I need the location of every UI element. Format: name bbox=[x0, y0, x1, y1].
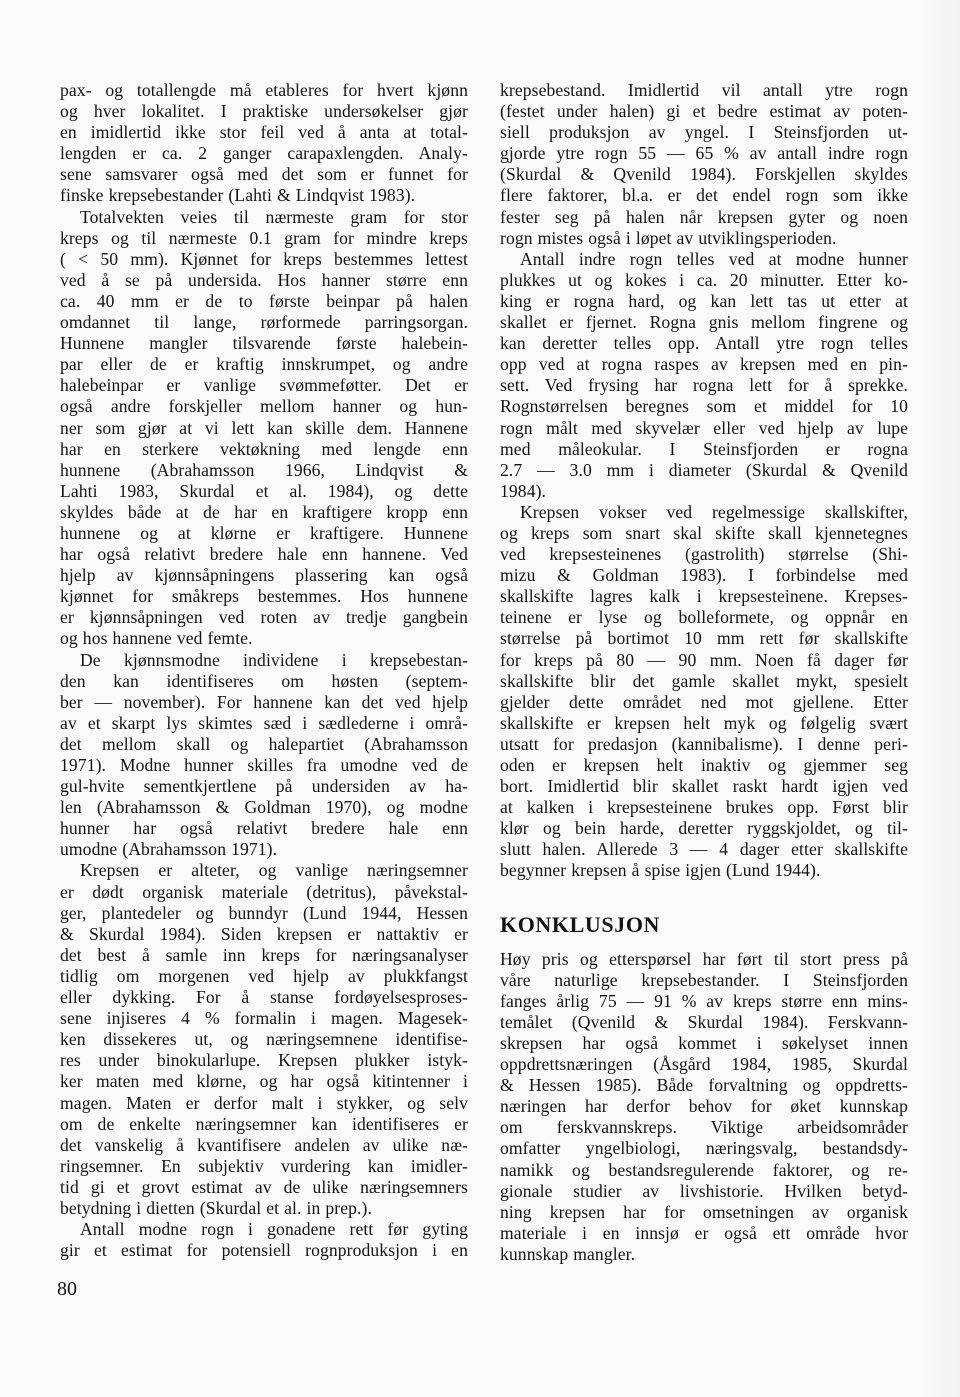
paragraph: Antall modne rogn i gonadene rett før gy… bbox=[60, 1219, 468, 1261]
text-line: av et skarpt lys skimtes sæd i sædledern… bbox=[60, 713, 468, 734]
text-line: utsatt for predasjon (kannibalisme). I d… bbox=[500, 734, 908, 755]
text-line: & Skurdal 1984). Siden krepsen er nattak… bbox=[60, 924, 468, 945]
text-line: fanges årlig 75 — 91 % av kreps større e… bbox=[500, 991, 908, 1012]
text-line: Rognstørrelsen beregnes som et middel fo… bbox=[500, 396, 908, 417]
page-number: 80 bbox=[57, 1278, 77, 1300]
text-line: skallskifte blir det gamle skallet mykt,… bbox=[500, 671, 908, 692]
text-line: er dødt organisk materiale (detritus), p… bbox=[60, 882, 468, 903]
text-line: det mellom skall og halepartiet (Abraham… bbox=[60, 734, 468, 755]
text-line: lengden er ca. 2 ganger carapaxlengden. … bbox=[60, 143, 468, 164]
text-line: opp ved at rogna raspes av krepsen med e… bbox=[500, 354, 908, 375]
text-line: finske krepsebestander (Lahti & Lindqvis… bbox=[60, 185, 468, 206]
text-line: er kjønnsåpningen ved roten av tredje ga… bbox=[60, 607, 468, 628]
text-line: ner som gjør at vi lett kan skille dem. … bbox=[60, 418, 468, 439]
text-line: kjønnet for småkreps bestemmes. Hos hunn… bbox=[60, 586, 468, 607]
text-line: tidlig om morgenen ved hjelp av plukkfan… bbox=[60, 966, 468, 987]
text-line: rogn målt med skyvelær eller ved hjelp a… bbox=[500, 418, 908, 439]
text-line: kan deretter telles opp. Antall ytre rog… bbox=[500, 333, 908, 354]
text-line: ca. 40 mm er de to første beinpar på hal… bbox=[60, 291, 468, 312]
text-line: De kjønnsmodne individene i krepsebestan… bbox=[60, 650, 468, 671]
section-heading: KONKLUSJON bbox=[500, 913, 908, 937]
text-line: oden er krepsen helt inaktiv og gjemmer … bbox=[500, 755, 908, 776]
text-line: at kalken i krepsesteinene brukes opp. F… bbox=[500, 797, 908, 818]
text-line: omdannet til lange, rørformede parringso… bbox=[60, 312, 468, 333]
text-line: skallskifte lagres kalk i krepsesteinene… bbox=[500, 586, 908, 607]
text-line: slutt halen. Allerede 3 — 4 dager etter … bbox=[500, 839, 908, 860]
text-line: pax- og totallengde må etableres for hve… bbox=[60, 80, 468, 101]
text-line: kreps og til nærmeste 0.1 gram for mindr… bbox=[60, 228, 468, 249]
text-line: fester seg på halen når krepsen gyter og… bbox=[500, 207, 908, 228]
text-line: tid gi et grovt estimat av de ulike næri… bbox=[60, 1177, 468, 1198]
text-line: hunnene og at klørne er kraftigere. Hunn… bbox=[60, 523, 468, 544]
text-line: krepsebestand. Imidlertid vil antall ytr… bbox=[500, 80, 908, 101]
text-line: Hunnene mangler tilsvarende første haleb… bbox=[60, 333, 468, 354]
text-line: king er rogna hard, og kan lett tas ut e… bbox=[500, 291, 908, 312]
text-line: ringsemner. En subjektiv vurdering kan i… bbox=[60, 1156, 468, 1177]
text-line: gul-hvite sementkjertlene på undersiden … bbox=[60, 776, 468, 797]
text-line: materiale i en innsjø er også ett område… bbox=[500, 1223, 908, 1244]
text-line: betydning i dietten (Skurdal et al. in p… bbox=[60, 1198, 468, 1219]
text-line: namikk og bestandsregulerende faktorer, … bbox=[500, 1160, 908, 1181]
text-line: og hos hannene ved femte. bbox=[60, 628, 468, 649]
paragraph: De kjønnsmodne individene i krepsebestan… bbox=[60, 650, 468, 861]
text-line: gjelder dette området ned mot gjellene. … bbox=[500, 692, 908, 713]
text-line: magen. Maten er derfor malt i stykker, o… bbox=[60, 1093, 468, 1114]
text-line: ved krepsesteinenes (gastrolith) størrel… bbox=[500, 544, 908, 565]
text-line: ( < 50 mm). Kjønnet for kreps bestemmes … bbox=[60, 249, 468, 270]
text-line: gjorde ytre rogn 55 — 65 % av antall ind… bbox=[500, 143, 908, 164]
text-line: næringen har derfor behov for øket kunns… bbox=[500, 1096, 908, 1117]
text-line: ger, plantedeler og bunndyr (Lund 1944, … bbox=[60, 903, 468, 924]
text-line: Lahti 1983, Skurdal et al. 1984), og det… bbox=[60, 481, 468, 502]
right-column: krepsebestand. Imidlertid vil antall ytr… bbox=[500, 80, 908, 1265]
text-line: en imidlertid ikke stor feil ved å anta … bbox=[60, 122, 468, 143]
text-line: par eller de er kraftig innskrumpet, og … bbox=[60, 354, 468, 375]
text-line: omfatter yngelbiologi, næringsvalg, best… bbox=[500, 1138, 908, 1159]
text-line: med måleokular. I Steinsfjorden er rogna bbox=[500, 439, 908, 460]
text-line: det best å samle inn kreps for næringsan… bbox=[60, 945, 468, 966]
text-line: skyldes både at de har en kraftigere kro… bbox=[60, 502, 468, 523]
text-line: Totalvekten veies til nærmeste gram for … bbox=[60, 207, 468, 228]
text-line: plukkes ut og kokes i ca. 20 minutter. E… bbox=[500, 270, 908, 291]
text-line: har også relativt bredere hale enn hanne… bbox=[60, 544, 468, 565]
text-line: størrelse på bortimot 10 mm rett før ska… bbox=[500, 628, 908, 649]
text-line: ved å se på undersida. Hos hanner større… bbox=[60, 270, 468, 291]
text-line: om ferskvannskreps. Viktige arbeidsområd… bbox=[500, 1117, 908, 1138]
text-line: temålet (Qvenild & Skurdal 1984). Ferskv… bbox=[500, 1012, 908, 1033]
text-line: 1984). bbox=[500, 481, 908, 502]
text-line: halebeinpar er vanlige svømmeføtter. Det… bbox=[60, 375, 468, 396]
text-line: 1971). Modne hunner skilles fra umodne v… bbox=[60, 755, 468, 776]
text-line: skallet er fjernet. Rogna gnis mellom fi… bbox=[500, 312, 908, 333]
text-line: len (Abrahamsson & Goldman 1970), og mod… bbox=[60, 797, 468, 818]
text-line: sene injiseres 4 % formalin i magen. Mag… bbox=[60, 1008, 468, 1029]
text-line: begynner krepsen å spise igjen (Lund 194… bbox=[500, 860, 908, 881]
document-page-body: pax- og totallengde må etableres for hve… bbox=[60, 80, 908, 1265]
text-line: umodne (Abrahamsson 1971). bbox=[60, 839, 468, 860]
text-line: (Skurdal & Qvenild 1984). Forskjellen sk… bbox=[500, 164, 908, 185]
text-line: våre naturlige krepsebestander. I Steins… bbox=[500, 970, 908, 991]
text-line: den kan identifiseres om høsten (septem- bbox=[60, 671, 468, 692]
text-line: og hver lokalitet. I praktiske undersøke… bbox=[60, 101, 468, 122]
text-line: også andre forskjeller mellom hanner og … bbox=[60, 396, 468, 417]
text-line: har en sterkere vektøkning med lengde en… bbox=[60, 439, 468, 460]
text-line: & Hessen 1985). Både forvaltning og oppd… bbox=[500, 1075, 908, 1096]
text-line: Antall indre rogn telles ved at modne hu… bbox=[500, 249, 908, 270]
text-line: sene samsvarer også med det som er funne… bbox=[60, 164, 468, 185]
text-line: Høy pris og etterspørsel har ført til st… bbox=[500, 949, 908, 970]
text-line: skrepsen har også kommet i søkelyset inn… bbox=[500, 1033, 908, 1054]
text-line: res under binokularlupe. Krepsen plukker… bbox=[60, 1050, 468, 1071]
text-line: rogn mistes også i løpet av utviklingspe… bbox=[500, 228, 908, 249]
paragraph: pax- og totallengde må etableres for hve… bbox=[60, 80, 468, 207]
text-line: hunnene (Abrahamsson 1966, Lindqvist & bbox=[60, 460, 468, 481]
paragraph: Krepsen er alteter, og vanlige næringsem… bbox=[60, 860, 468, 1219]
text-line: ber — november). For hannene kan det ved… bbox=[60, 692, 468, 713]
text-line: ning krepsen har for omsetningen av orga… bbox=[500, 1202, 908, 1223]
text-line: Antall modne rogn i gonadene rett før gy… bbox=[60, 1219, 468, 1240]
text-line: det vanskelig å kvantifisere andelen av … bbox=[60, 1135, 468, 1156]
text-line: Krepsen er alteter, og vanlige næringsem… bbox=[60, 860, 468, 881]
text-line: oppdrettsnæringen (Åsgård 1984, 1985, Sk… bbox=[500, 1054, 908, 1075]
text-line: om de enkelte næringsemner kan identifis… bbox=[60, 1114, 468, 1135]
text-line: mizu & Goldman 1983). I forbindelse med bbox=[500, 565, 908, 586]
scan-edge-shading bbox=[920, 0, 960, 1397]
text-line: Krepsen vokser ved regelmessige skallski… bbox=[500, 502, 908, 523]
text-line: (festet under halen) gi et bedre estimat… bbox=[500, 101, 908, 122]
paragraph: Høy pris og etterspørsel har ført til st… bbox=[500, 949, 908, 1265]
text-line: gionale studier av livshistorie. Hvilken… bbox=[500, 1181, 908, 1202]
paragraph: Totalvekten veies til nærmeste gram for … bbox=[60, 207, 468, 650]
text-line: 2.7 — 3.0 mm i diameter (Skurdal & Qveni… bbox=[500, 460, 908, 481]
text-line: teinene er lyse og bolleformete, og oppn… bbox=[500, 607, 908, 628]
text-line: ken dissekeres ut, og næringsemnene iden… bbox=[60, 1029, 468, 1050]
text-line: for kreps på 80 — 90 mm. Noen få dager f… bbox=[500, 650, 908, 671]
left-column: pax- og totallengde må etableres for hve… bbox=[60, 80, 468, 1265]
text-line: kunnskap mangler. bbox=[500, 1244, 908, 1265]
text-line: gir et estimat for potensiell rognproduk… bbox=[60, 1240, 468, 1261]
text-line: eller dykking. For å stanse fordøyelsesp… bbox=[60, 987, 468, 1008]
text-line: skallskifte er krepsen helt myk og følge… bbox=[500, 713, 908, 734]
text-line: og kreps som snart skal skifte skall kje… bbox=[500, 523, 908, 544]
text-line: siell produksjon av yngel. I Steinsfjord… bbox=[500, 122, 908, 143]
text-line: hjelp av kjønnsåpningens plassering kan … bbox=[60, 565, 468, 586]
text-line: klør og bein harde, deretter ryggskjolde… bbox=[500, 818, 908, 839]
text-line: flere faktorer, bl.a. er det endel rogn … bbox=[500, 185, 908, 206]
text-line: bort. Imidlertid blir skallet raskt hard… bbox=[500, 776, 908, 797]
paragraph: krepsebestand. Imidlertid vil antall ytr… bbox=[500, 80, 908, 249]
text-line: ker maten med klørne, og har også kitint… bbox=[60, 1071, 468, 1092]
paragraph: Krepsen vokser ved regelmessige skallski… bbox=[500, 502, 908, 882]
text-line: sett. Ved frysing har rogna lett for å s… bbox=[500, 375, 908, 396]
text-line: hunner har også relativt bredere hale en… bbox=[60, 818, 468, 839]
paragraph: Antall indre rogn telles ved at modne hu… bbox=[500, 249, 908, 502]
